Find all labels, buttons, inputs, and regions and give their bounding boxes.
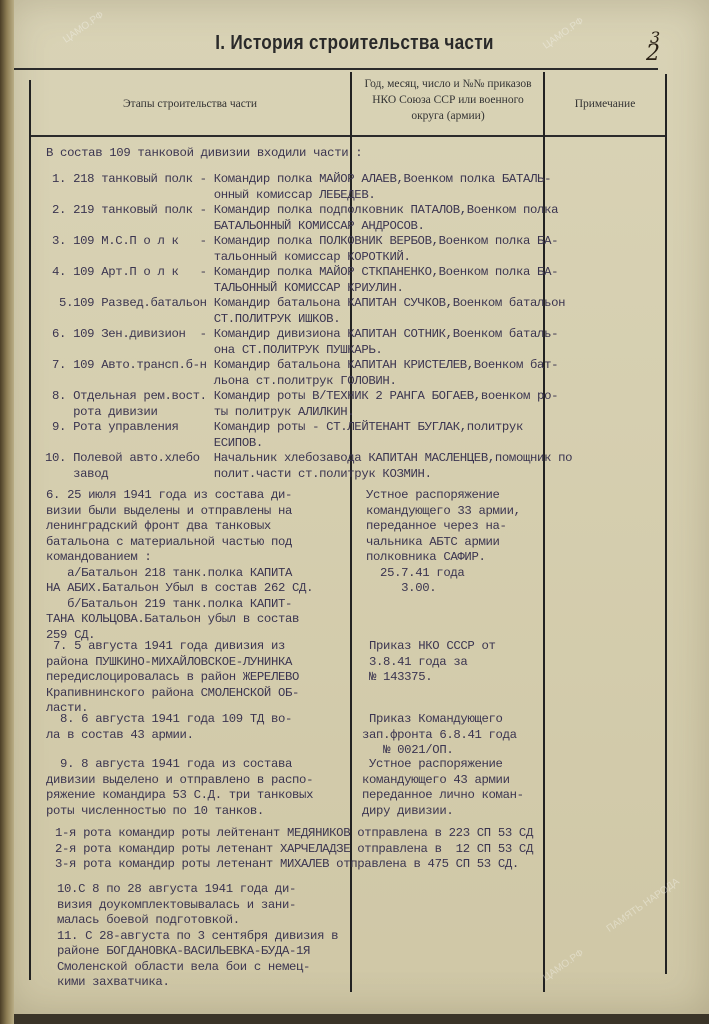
- final-entries: 10.С 8 по 28 августа 1941 года ди- визия…: [57, 882, 338, 991]
- unit-item: 6. 109 Зен.дивизион - Командир дивизиона…: [45, 327, 572, 358]
- unit-item: 10. Полевой авто.хлебо Начальник хлебоза…: [45, 451, 572, 482]
- unit-item: 2. 219 танковый полк - Командир полка по…: [45, 203, 572, 234]
- companies-list: 1-я рота командир роты лейтенант МЕДЯНИК…: [55, 826, 533, 873]
- header-bottom-border: [30, 135, 666, 137]
- company-item: 3-я рота командир роты летенант МИХАЛЕВ …: [55, 857, 533, 873]
- header-notes: Примечание: [546, 96, 664, 112]
- table-left-border: [29, 80, 31, 980]
- entry-8-stage: 8. 6 августа 1941 года 109 ТД во- ла в с…: [46, 712, 292, 743]
- unit-item: 5.109 Развед.батальон Командир батальона…: [45, 296, 572, 327]
- unit-item: 1. 218 танковый полк - Командир полка МА…: [45, 172, 572, 203]
- page-title: I. История строительства части: [50, 32, 660, 55]
- unit-item: 4. 109 Арт.П о л к - Командир полка МАЙО…: [45, 265, 572, 296]
- entry-6-stage: 6. 25 июля 1941 года из состава ди- визи…: [46, 488, 313, 643]
- header-orders: Год, месяц, число и №№ приказов НКО Союз…: [358, 76, 538, 124]
- entry-9-order: Устное распоряжение командующего 43 арми…: [362, 757, 524, 819]
- unit-item: 3. 109 М.С.П о л к - Командир полка ПОЛК…: [45, 234, 572, 265]
- entry-7-stage: 7. 5 августа 1941 года дивизия из района…: [46, 639, 299, 717]
- current-page-number: 2: [646, 46, 660, 62]
- header-stages: Этапы строительства части: [32, 96, 348, 112]
- units-intro: В состав 109 танковой дивизии входили ча…: [46, 146, 362, 162]
- unit-item: 9. Рота управления Командир роты - СТ.ЛЕ…: [45, 420, 572, 451]
- table-right-border: [665, 74, 667, 974]
- entry-6-order: Устное распоряжение командующего 33 арми…: [366, 488, 521, 597]
- company-item: 1-я рота командир роты лейтенант МЕДЯНИК…: [55, 826, 533, 842]
- page-number: 3 2: [646, 30, 660, 62]
- entry-8-order: Приказ Командующего зап.фронта 6.8.41 го…: [362, 712, 517, 759]
- page-binding-edge: [0, 0, 14, 1024]
- unit-item: 8. Отдельная рем.вост. Командир роты В/Т…: [45, 389, 572, 420]
- table-top-border: [14, 68, 658, 70]
- unit-item: 7. 109 Авто.трансп.б-н Командир батальон…: [45, 358, 572, 389]
- units-list: 1. 218 танковый полк - Командир полка МА…: [45, 172, 572, 482]
- entry-9-stage: 9. 8 августа 1941 года из состава дивизи…: [46, 757, 313, 819]
- entry-7-order: Приказ НКО СССР от 3.8.41 года за № 1433…: [369, 639, 496, 686]
- company-item: 2-я рота командир роты летенант ХАРЧЕЛАД…: [55, 842, 533, 858]
